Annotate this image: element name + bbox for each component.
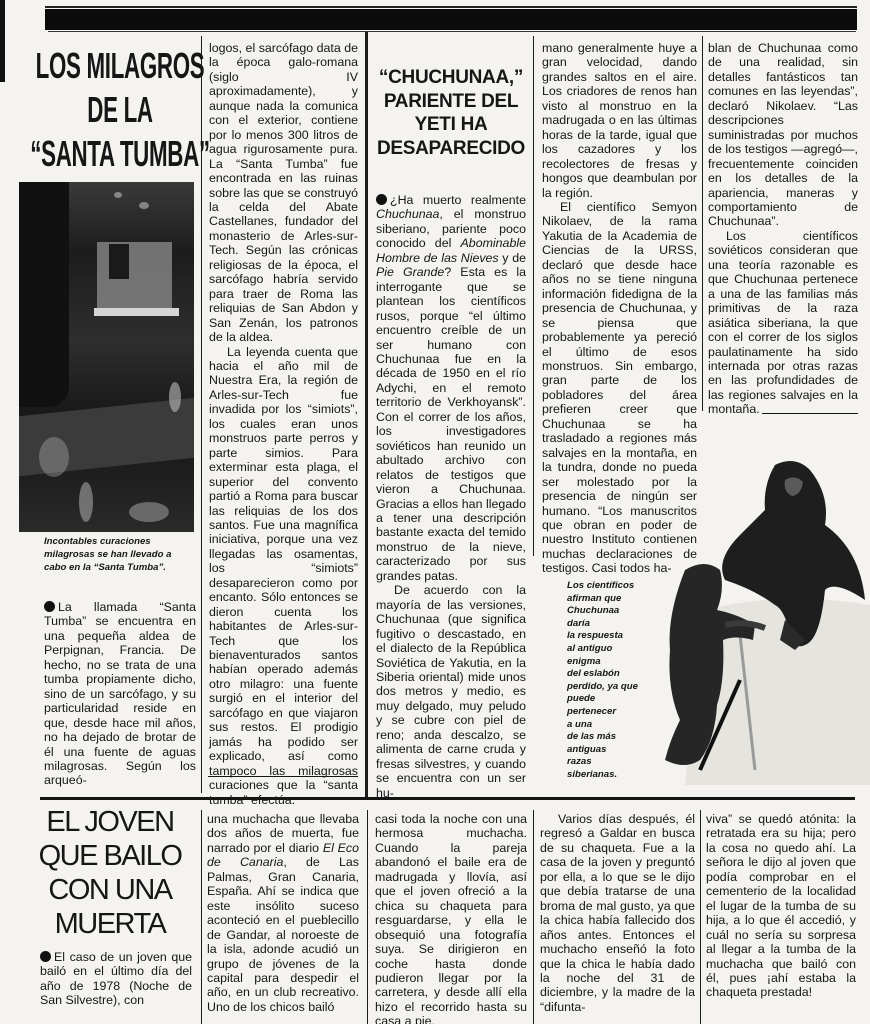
caption-line: la respuesta (567, 630, 657, 643)
end-rule (762, 413, 858, 414)
caption-line: enigma (567, 656, 657, 669)
top-black-banner (45, 9, 857, 30)
caption-line: pertenecer (567, 706, 657, 719)
paragraph: casi toda la noche con una hermosa mucha… (375, 812, 527, 1024)
bullet-icon (376, 194, 387, 205)
text: , de Las Palmas, Gran Canaria, España. A… (207, 855, 359, 1014)
story1-lead-column: La llamada “Santa Tumba” se encuentra en… (44, 600, 196, 788)
lead-paragraph: El caso de un joven que bailó en el últi… (40, 950, 192, 1007)
sarcophagus-photo-icon (19, 182, 194, 532)
story3-column-2: una muchacha que llevaba dos años de mue… (207, 812, 359, 1014)
headline-line: DE LA (21, 88, 219, 132)
headline-line: DESAPARECIDO (372, 137, 530, 161)
story3-column-5: viva” se quedó atónita: la retratada era… (706, 812, 856, 1000)
italic-text: Pie Grande (376, 265, 444, 279)
yeti-illustration-icon (645, 440, 870, 785)
headline-line: “CHUCHUNAA,” (372, 66, 530, 90)
top-thin-rule-2 (48, 31, 856, 32)
column-divider (201, 810, 202, 1024)
caption-line: puede (567, 693, 657, 706)
caption-line: antiguas (567, 744, 657, 757)
column-divider (702, 36, 703, 411)
headline-line: QUE BAILO (30, 839, 190, 873)
column-divider (533, 36, 534, 556)
caption-line: de las más (567, 731, 657, 744)
lead-paragraph: La llamada “Santa Tumba” se encuentra en… (44, 600, 196, 787)
column-divider (367, 810, 368, 1024)
top-thin-rule (45, 6, 857, 8)
paragraph: mano generalmente huye a gran velocidad,… (542, 41, 697, 200)
headline-santa-tumba: LOS MILAGROS DE LA “SANTA TUMBA” (21, 44, 219, 176)
text: ? Esta es la interrogante que se plantea… (376, 265, 526, 583)
story3-column-4: Varios días después, él regresó a Galdar… (540, 812, 695, 1014)
caption-line: perdido, ya que (567, 681, 657, 694)
paragraph: blan de Chuchunaa como de una realidad, … (708, 41, 858, 229)
headline-line: “SANTA TUMBA” (21, 132, 219, 176)
bullet-icon (44, 601, 55, 612)
caption-line: al antiguo (567, 643, 657, 656)
bullet-icon (40, 951, 51, 962)
caption-line: Los científicos (567, 580, 657, 593)
caption-line: Chuchunaa (567, 605, 657, 618)
story1-column-2: logos, el sarcófago data de la época gal… (209, 41, 358, 807)
story2-column-1: ¿Ha muerto realmente Chuchunaa, el monst… (376, 193, 526, 800)
story2-column-3: blan de Chuchunaa como de una realidad, … (708, 41, 858, 417)
headline-chuchunaa: “CHUCHUNAA,” PARIENTE DEL YETI HA DESAPA… (372, 66, 530, 160)
headline-line: CON UNA (30, 873, 190, 907)
photo-caption: Incontables curaciones milagrosas se han… (44, 535, 196, 574)
headline-line: YETI HA (372, 113, 530, 137)
text: y de (499, 251, 526, 265)
headline-line: EL JOVEN (30, 805, 190, 839)
paragraph: logos, el sarcófago data de la época gal… (209, 41, 358, 345)
caption-line: daría (567, 618, 657, 631)
story-divider (365, 32, 368, 797)
paragraph: De acuerdo con la mayoría de las version… (376, 583, 526, 800)
paragraph: Los científicos soviéticos consideran qu… (708, 229, 858, 417)
column-divider (700, 810, 701, 1024)
column-divider (533, 810, 534, 1024)
caption-line: del eslabón (567, 668, 657, 681)
caption-line: siberianas. (567, 769, 657, 782)
story3-lead-column: El caso de un joven que bailó en el últi… (40, 950, 192, 1008)
paragraph: viva” se quedó atónita: la retratada era… (706, 812, 856, 1000)
caption-line: a una (567, 719, 657, 732)
italic-text: Chuchunaa (376, 207, 439, 221)
left-margin-rule (0, 0, 5, 82)
headline-line: PARIENTE DEL (372, 90, 530, 114)
illustration-caption: Los científicos afirman que Chuchunaa da… (567, 580, 657, 782)
caption-line: afirman que (567, 593, 657, 606)
story3-column-3: casi toda la noche con una hermosa mucha… (375, 812, 527, 1024)
paragraph: Varios días después, él regresó a Galdar… (540, 812, 695, 1014)
paragraph: La leyenda cuenta que hacia el año mil d… (209, 345, 358, 808)
headline-line: LOS MILAGROS (21, 44, 219, 88)
headline-joven-muerta: EL JOVEN QUE BAILO CON UNA MUERTA (30, 805, 190, 941)
caption-line: razas (567, 756, 657, 769)
text: ¿Ha muerto realmente (390, 193, 526, 207)
headline-line: MUERTA (30, 907, 190, 941)
